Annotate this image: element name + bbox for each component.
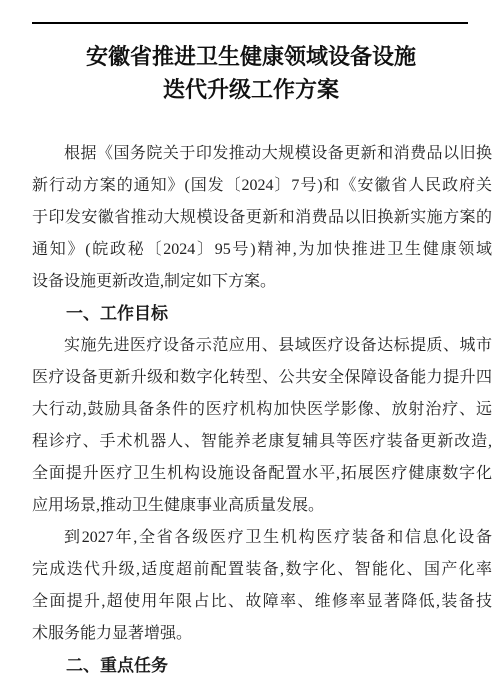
body-line: 全面提升医疗卫生机构设施设备配置水平,拓展医疗健康数字化 (32, 458, 492, 490)
body-line: 应用场景,推动卫生健康事业高质量发展。 (32, 490, 492, 522)
body-line: 到2027年,全省各级医疗卫生机构医疗装备和信息化设备 (32, 522, 492, 554)
body-line: 完成迭代升级,适度超前配置装备,数字化、智能化、国产化率 (32, 554, 492, 586)
document-body: 根据《国务院关于印发推动大规模设备更新和消费品以旧换新行动方案的通知》(国发〔2… (32, 138, 492, 682)
body-line: 术服务能力显著增强。 (32, 618, 492, 650)
body-line: 新行动方案的通知》(国发〔2024〕7号)和《安徽省人民政府关 (32, 170, 492, 202)
body-line: 通知》(皖政秘〔2024〕95号)精神,为加快推进卫生健康领域 (32, 234, 492, 266)
document-title-line-2: 迭代升级工作方案 (163, 77, 339, 102)
body-line: 实施先进医疗设备示范应用、县域医疗设备达标提质、城市 (32, 330, 492, 362)
body-line: 医疗设备更新升级和数字化转型、公共安全保障设备能力提升四 (32, 362, 492, 394)
body-line: 程诊疗、手术机器人、智能养老康复辅具等医疗装备更新改造, (32, 426, 492, 458)
section-heading: 一、工作目标 (32, 298, 492, 330)
section-heading: 二、重点任务 (32, 650, 492, 682)
document-title: 安徽省推进卫生健康领域设备设施 迭代升级工作方案 (0, 40, 502, 106)
body-line: 全面提升,超使用年限占比、故障率、维修率显著降低,装备技 (32, 586, 492, 618)
document-title-line-1: 安徽省推进卫生健康领域设备设施 (86, 44, 416, 69)
header-rule (32, 22, 468, 24)
body-line: 于印发安徽省推动大规模设备更新和消费品以旧换新实施方案的 (32, 202, 492, 234)
body-line: 大行动,鼓励具备条件的医疗机构加快医学影像、放射治疗、远 (32, 394, 492, 426)
body-line: 设备设施更新改造,制定如下方案。 (32, 266, 492, 298)
document-page: 安徽省推进卫生健康领域设备设施 迭代升级工作方案 根据《国务院关于印发推动大规模… (0, 0, 502, 691)
body-line: 根据《国务院关于印发推动大规模设备更新和消费品以旧换 (32, 138, 492, 170)
